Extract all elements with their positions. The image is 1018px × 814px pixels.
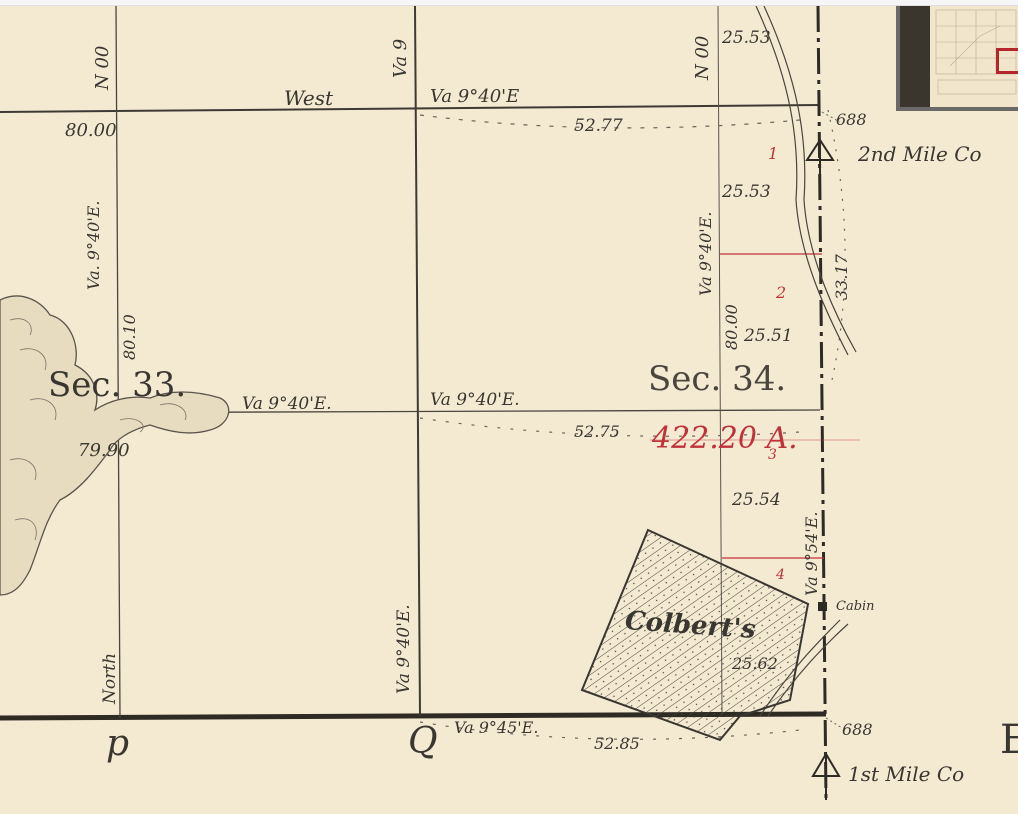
colbert-claim-distance: 25.62 [732, 656, 778, 672]
corner-distance-top: 688 [836, 112, 867, 128]
bearing-va-vertical-far-right: Va 9°54'E. [804, 512, 820, 596]
distance-vertical-right: 80.00 [724, 304, 740, 350]
distance-vertical-left: 80.10 [122, 314, 138, 360]
corner-letter-p: p [106, 726, 129, 762]
distance-top-center: 52.77 [574, 118, 623, 135]
lot-distance-2: 25.53 [722, 184, 771, 201]
bearing-va-top-center-vertical: Va 9 [392, 39, 410, 78]
mile-corner-2-label: 2nd Mile Co [858, 144, 982, 164]
cabin-label: Cabin [836, 600, 875, 613]
bearing-va-mid-center: Va 9°40'E. [430, 392, 520, 409]
lot-number-2: 2 [776, 285, 786, 301]
minimap-viewport-indicator[interactable] [996, 48, 1018, 74]
bearing-north-top-right: N 00 [694, 36, 712, 80]
bearing-west-label: West [284, 88, 333, 108]
corner-letter-e: E [1000, 720, 1018, 760]
lot-distance-1: 25.53 [722, 30, 771, 47]
mile-corner-1-label: 1st Mile Co [848, 764, 964, 784]
distance-mid-center: 52.75 [574, 424, 620, 440]
distance-right-dotted: 33.17 [834, 254, 850, 300]
bearing-va-vertical-center: Va 9°40'E. [396, 604, 413, 694]
corner-distance-bottom: 688 [842, 722, 873, 738]
lot-number-1: 1 [768, 146, 778, 162]
section-34-label: Sec. 34. [648, 362, 786, 396]
lot-distance-3: 25.51 [744, 328, 793, 345]
viewer-top-border [0, 0, 1018, 6]
distance-mid-left: 79.90 [78, 442, 130, 460]
corner-letter-q: Q [408, 724, 438, 760]
distance-bottom-center: 52.85 [594, 736, 640, 752]
distance-top-left: 80.00 [65, 122, 117, 140]
lot-distance-4: 25.54 [732, 492, 781, 509]
bearing-va-top-label: Va 9°40'E [430, 88, 519, 106]
map-viewer[interactable]: West Va 9°40'E 80.00 52.77 N 00 Va 9 N 0… [0, 0, 1018, 814]
bearing-va-bottom: Va 9°45'E. [454, 720, 538, 736]
section-33-label: Sec. 33. [48, 368, 186, 402]
bearing-va-vertical-right: Va 9°40'E. [698, 212, 714, 296]
lot-number-4: 4 [776, 568, 785, 582]
bearing-north-bottom-left: North [102, 653, 119, 704]
minimap-navigator[interactable] [896, 6, 1018, 111]
bearing-va-mid-left: Va 9°40'E. [242, 396, 332, 413]
bearing-north-top-left: N 00 [94, 46, 112, 90]
bearing-va-vertical-left: Va. 9°40'E. [86, 201, 102, 291]
area-acreage-label: 422.20 A. [652, 424, 798, 454]
